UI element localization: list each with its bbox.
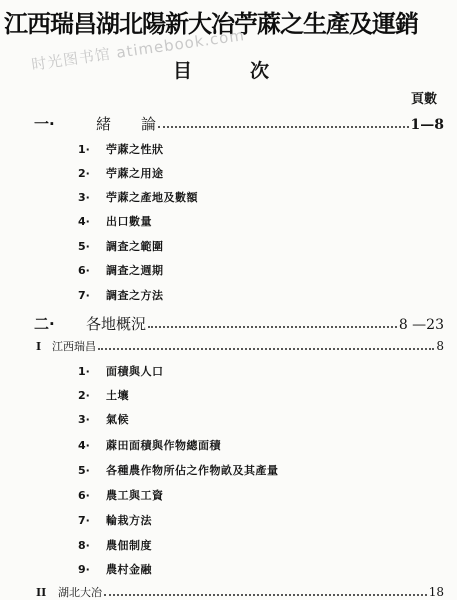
item-number: 1· bbox=[78, 365, 106, 378]
dot-leader bbox=[104, 594, 427, 596]
item-title: 農佃制度 bbox=[106, 537, 152, 553]
region-number: II bbox=[36, 586, 58, 599]
toc-item[interactable]: 5· 調查之範圍 bbox=[78, 238, 164, 254]
dot-leader bbox=[148, 326, 397, 328]
item-number: 5· bbox=[78, 464, 106, 477]
toc-item[interactable]: 7· 調查之方法 bbox=[78, 287, 164, 303]
toc-region-1[interactable]: I 江西瑞昌 8 bbox=[36, 338, 444, 354]
item-number: 3· bbox=[78, 191, 106, 204]
toc-item[interactable]: 3· 氣候 bbox=[78, 411, 129, 427]
item-number: 8· bbox=[78, 539, 106, 552]
toc-item[interactable]: 3· 苧蔴之產地及數額 bbox=[78, 189, 198, 205]
item-title: 氣候 bbox=[106, 411, 129, 427]
toc-item[interactable]: 1· 面積與人口 bbox=[78, 363, 164, 379]
item-number: 6· bbox=[78, 489, 106, 502]
chapter-number: 二· bbox=[34, 313, 86, 334]
item-title: 土壤 bbox=[106, 387, 129, 403]
chapter-number: 一· bbox=[34, 113, 96, 134]
toc-item[interactable]: 6· 調查之週期 bbox=[78, 262, 164, 278]
item-title: 蔴田面積與作物總面積 bbox=[106, 437, 221, 453]
toc-heading-char-1: 目 bbox=[173, 56, 192, 83]
toc-item[interactable]: 4· 出口數量 bbox=[78, 213, 152, 229]
toc-item[interactable]: 9· 農村金融 bbox=[78, 561, 152, 577]
chapter-title: 緒 論 bbox=[96, 113, 156, 134]
toc-item[interactable]: 7· 輪栽方法 bbox=[78, 512, 152, 528]
region-pages: 8 bbox=[436, 339, 444, 353]
chapter-pages: 8 —23 bbox=[399, 317, 444, 333]
item-number: 7· bbox=[78, 289, 106, 302]
item-number: 6· bbox=[78, 264, 106, 277]
toc-page: 江西瑞昌湖北陽新大冶苧蔴之生產及運銷 时光图书馆 atimebook.com 目… bbox=[0, 0, 457, 600]
item-title: 農工與工資 bbox=[106, 487, 164, 503]
dot-leader bbox=[98, 348, 434, 350]
toc-item[interactable]: 8· 農佃制度 bbox=[78, 537, 152, 553]
item-title: 苧蔴之性狀 bbox=[106, 141, 164, 157]
item-title: 調查之範圍 bbox=[106, 238, 164, 254]
item-title: 出口數量 bbox=[106, 213, 152, 229]
item-title: 苧蔴之用途 bbox=[106, 165, 164, 181]
region-number: I bbox=[36, 340, 52, 353]
toc-chapter-1[interactable]: 一· 緒 論 1—8 bbox=[34, 113, 444, 134]
toc-chapter-2[interactable]: 二· 各地概況 8 —23 bbox=[34, 313, 444, 334]
item-title: 面積與人口 bbox=[106, 363, 164, 379]
region-title: 江西瑞昌 bbox=[52, 338, 96, 354]
toc-item[interactable]: 1· 苧蔴之性狀 bbox=[78, 141, 164, 157]
item-number: 9· bbox=[78, 563, 106, 576]
item-number: 2· bbox=[78, 389, 106, 402]
item-title: 各種農作物所佔之作物畝及其產量 bbox=[106, 462, 279, 478]
toc-region-2[interactable]: II 湖北大冶 18 bbox=[36, 584, 444, 600]
chapter-title: 各地概況 bbox=[86, 313, 146, 334]
item-number: 1· bbox=[78, 143, 106, 156]
region-title: 湖北大冶 bbox=[58, 584, 102, 600]
dot-leader bbox=[158, 126, 409, 128]
item-title: 農村金融 bbox=[106, 561, 152, 577]
item-number: 4· bbox=[78, 215, 106, 228]
toc-item[interactable]: 5· 各種農作物所佔之作物畝及其產量 bbox=[78, 462, 279, 478]
toc-heading-char-2: 次 bbox=[250, 56, 269, 83]
item-number: 4· bbox=[78, 439, 106, 452]
chapter-pages: 1—8 bbox=[411, 117, 444, 133]
item-title: 輪栽方法 bbox=[106, 512, 152, 528]
toc-item[interactable]: 6· 農工與工資 bbox=[78, 487, 164, 503]
toc-item[interactable]: 2· 土壤 bbox=[78, 387, 129, 403]
item-number: 5· bbox=[78, 240, 106, 253]
item-number: 7· bbox=[78, 514, 106, 527]
item-title: 調查之方法 bbox=[106, 287, 164, 303]
item-title: 苧蔴之產地及數額 bbox=[106, 189, 198, 205]
region-pages: 18 bbox=[429, 585, 444, 599]
toc-item[interactable]: 2· 苧蔴之用途 bbox=[78, 165, 164, 181]
pages-column-label: 頁數 bbox=[411, 88, 437, 107]
item-title: 調查之週期 bbox=[106, 262, 164, 278]
item-number: 3· bbox=[78, 413, 106, 426]
item-number: 2· bbox=[78, 167, 106, 180]
toc-item[interactable]: 4· 蔴田面積與作物總面積 bbox=[78, 437, 221, 453]
